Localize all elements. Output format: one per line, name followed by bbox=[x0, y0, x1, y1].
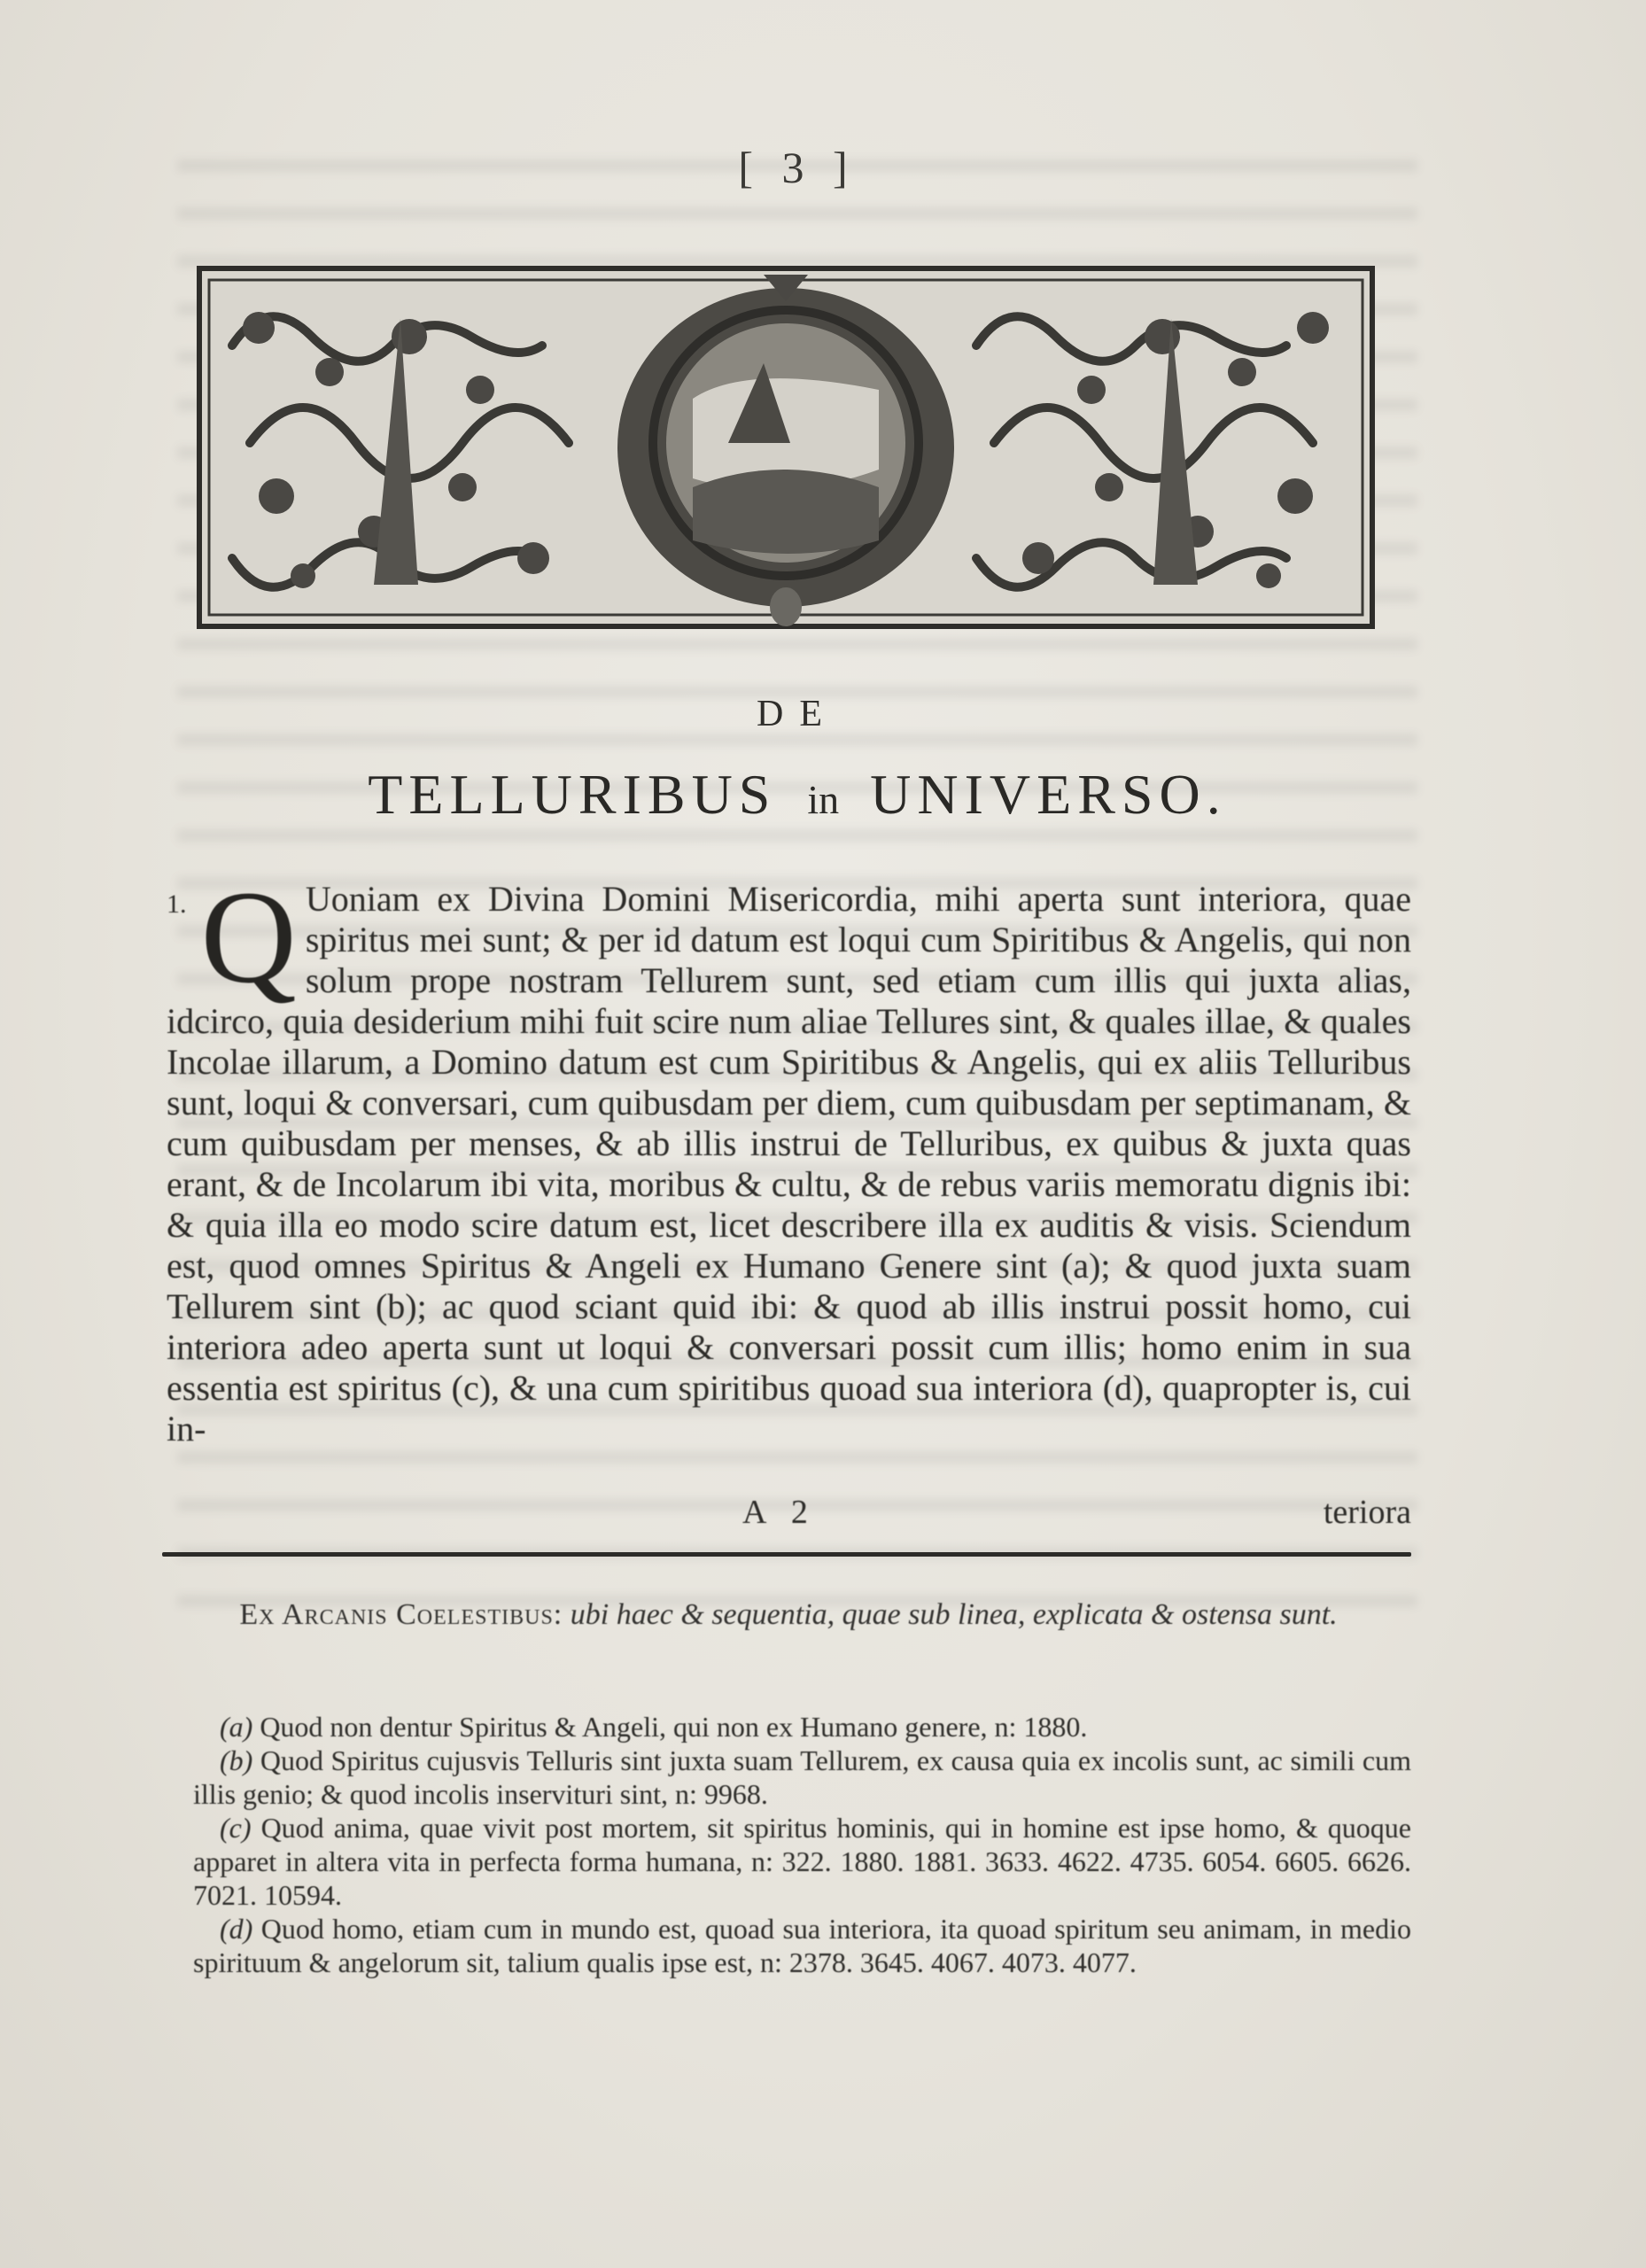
footnote-heading-note: ubi haec & sequentia, quae sub linea, ex… bbox=[571, 1598, 1338, 1631]
ornamental-headpiece-icon bbox=[197, 266, 1375, 629]
paragraph-text: Uoniam ex Divina Domini Misericordia, mi… bbox=[167, 879, 1411, 1449]
footnote-text: Quod non dentur Spiritus & Angeli, qui n… bbox=[260, 1711, 1087, 1743]
footnotes: (a) Quod non dentur Spiritus & Angeli, q… bbox=[193, 1710, 1411, 1979]
footnote-mark: (c) bbox=[220, 1812, 252, 1844]
footnote-text: Quod Spiritus cujusvis Telluris sint jux… bbox=[193, 1744, 1411, 1810]
drop-cap: Q bbox=[201, 884, 297, 990]
footnote-mark: (a) bbox=[220, 1711, 252, 1743]
title-part-1: TELLURIBUS bbox=[368, 763, 776, 826]
footnote-c: (c) Quod anima, quae vivit post mortem, … bbox=[193, 1811, 1411, 1912]
footnote-mark: (b) bbox=[220, 1744, 252, 1776]
book-page: [ 3 ] DE TELLURIBU bbox=[0, 0, 1646, 2268]
page-title: TELLURIBUS in UNIVERSO. bbox=[195, 762, 1400, 827]
main-paragraph: 1. Q Uoniam ex Divina Domini Misericordi… bbox=[167, 879, 1411, 1449]
paragraph-number: 1. bbox=[167, 884, 187, 925]
footnote-d: (d) Quod homo, etiam cum in mundo est, q… bbox=[193, 1912, 1411, 1979]
footnote-a: (a) Quod non dentur Spiritus & Angeli, q… bbox=[193, 1710, 1411, 1744]
title-in: in bbox=[807, 777, 839, 822]
footnote-rule bbox=[162, 1552, 1411, 1557]
title-part-2: UNIVERSO. bbox=[870, 763, 1227, 826]
footnote-heading: Ex Arcanis Coelestibus: ubi haec & seque… bbox=[213, 1595, 1364, 1635]
footnote-b: (b) Quod Spiritus cujusvis Telluris sint… bbox=[193, 1744, 1411, 1811]
footnote-text: Quod homo, etiam cum in mundo est, quoad… bbox=[193, 1913, 1411, 1978]
page-number: [ 3 ] bbox=[0, 142, 1595, 193]
footnote-text: Quod anima, quae vivit post mortem, sit … bbox=[193, 1812, 1411, 1911]
catchword: teriora bbox=[1324, 1493, 1411, 1532]
heading-de: DE bbox=[0, 693, 1595, 735]
signature-mark: A 2 bbox=[742, 1493, 817, 1532]
footnote-mark: (d) bbox=[220, 1913, 252, 1945]
footnote-heading-source: Ex Arcanis Coelestibus: bbox=[239, 1598, 563, 1631]
